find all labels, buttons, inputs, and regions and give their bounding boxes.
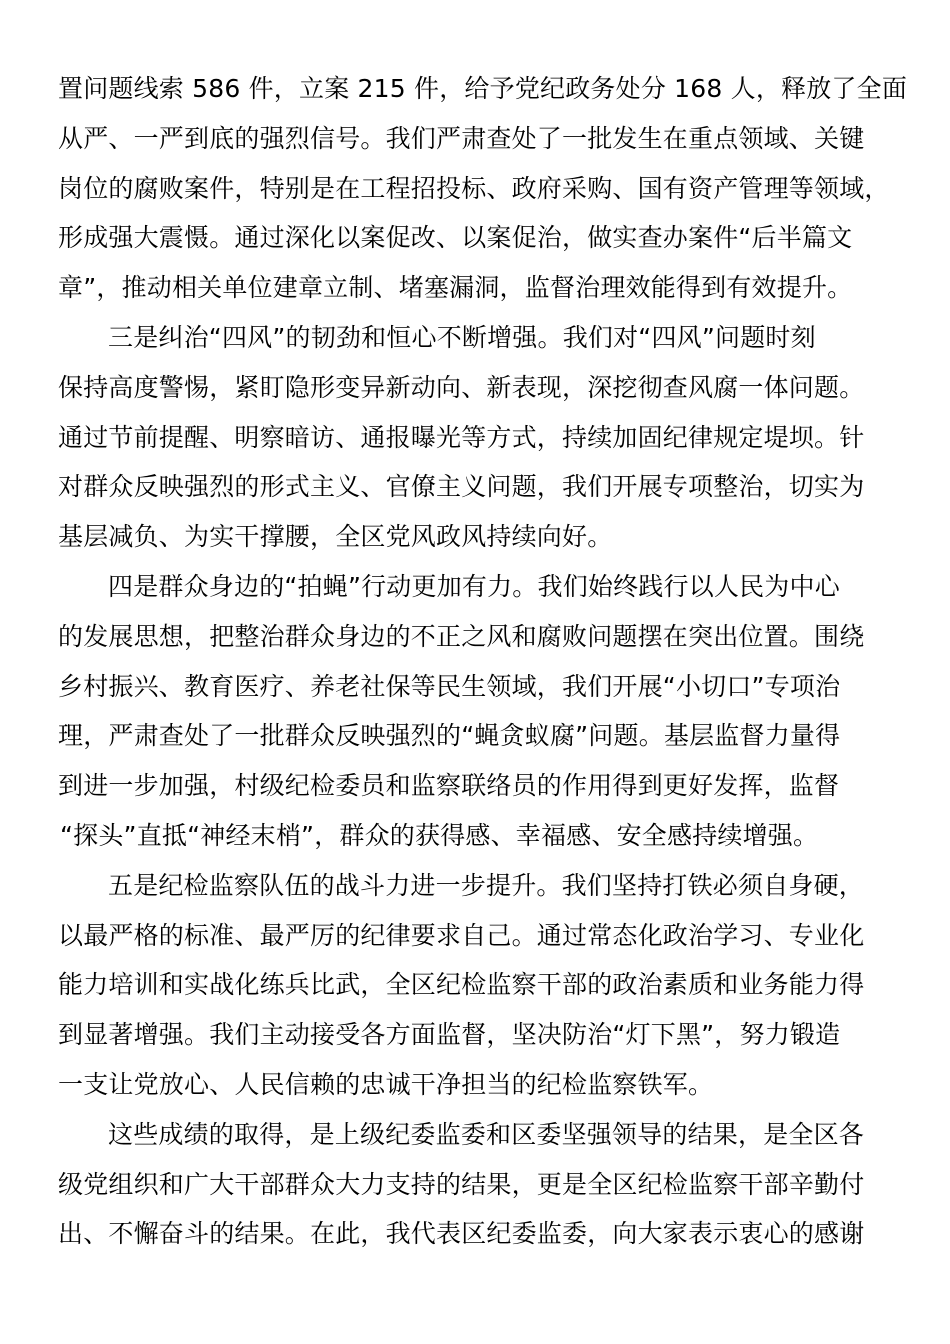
text-line: 岗位的腐败案件，特别是在工程招投标、政府采购、国有资产管理等领域， — [58, 166, 898, 216]
text-line: 保持高度警惕，紧盯隐形变异新动向、新表现，深挖彻查风腐一体问题。 — [58, 365, 898, 415]
text-line: 到显著增强。我们主动接受各方面监督，坚决防治“灯下黑”，努力锻造 — [58, 1012, 898, 1062]
text-line: “探头”直抵“神经末梢”，群众的获得感、幸福感、安全感持续增强。 — [58, 813, 898, 863]
text-line: 乡村振兴、教育医疗、养老社保等民生领域，我们开展“小切口”专项治 — [58, 664, 898, 714]
text-line: 一支让党放心、人民信赖的忠诚干净担当的纪检监察铁军。 — [58, 1062, 898, 1112]
text-line: 形成强大震慑。通过深化以案促改、以案促治，做实查办案件“后半篇文 — [58, 215, 898, 265]
text-line-first: 这些成绩的取得，是上级纪委监委和区委坚强领导的结果，是全区各 — [58, 1112, 898, 1162]
text-line: 到进一步加强，村级纪检委员和监察联络员的作用得到更好发挥，监督 — [58, 763, 898, 813]
text-line: 基层减负、为实干撑腰，全区党风政风持续向好。 — [58, 514, 898, 564]
text-line-first: 三是纠治“四风”的韧劲和恒心不断增强。我们对“四风”问题时刻 — [58, 315, 898, 365]
text-line: 对群众反映强烈的形式主义、官僚主义问题，我们开展专项整治，切实为 — [58, 464, 898, 514]
text-line-first: 四是群众身边的“拍蝇”行动更加有力。我们始终践行以人民为中心 — [58, 564, 898, 614]
text-line: 能力培训和实战化练兵比武，全区纪检监察干部的政治素质和业务能力得 — [58, 962, 898, 1012]
text-line: 置问题线索 586 件，立案 215 件，给予党纪政务处分 168 人，释放了全… — [58, 66, 898, 116]
text-line: 级党组织和广大干部群众大力支持的结果，更是全区纪检监察干部辛勤付 — [58, 1162, 898, 1212]
text-line: 从严、一严到底的强烈信号。我们严肃查处了一批发生在重点领域、关键 — [58, 116, 898, 166]
text-line: 出、不懈奋斗的结果。在此，我代表区纪委监委，向大家表示衷心的感谢 — [58, 1211, 898, 1261]
text-line: 通过节前提醒、明察暗访、通报曝光等方式，持续加固纪律规定堤坝。针 — [58, 415, 898, 465]
paragraph-four-winds: 三是纠治“四风”的韧劲和恒心不断增强。我们对“四风”问题时刻 保持高度警惕，紧盯… — [58, 315, 898, 564]
document-body: 置问题线索 586 件，立案 215 件，给予党纪政务处分 168 人，释放了全… — [58, 66, 898, 1261]
text-line-first: 五是纪检监察队伍的战斗力进一步提升。我们坚持打铁必须自身硬， — [58, 863, 898, 913]
paragraph-team-building: 五是纪检监察队伍的战斗力进一步提升。我们坚持打铁必须自身硬， 以最严格的标准、最… — [58, 863, 898, 1112]
text-line: 章”，推动相关单位建章立制、堵塞漏洞，监督治理效能得到有效提升。 — [58, 265, 898, 315]
paragraph-case-handling: 置问题线索 586 件，立案 215 件，给予党纪政务处分 168 人，释放了全… — [58, 66, 898, 315]
paragraph-thanks: 这些成绩的取得，是上级纪委监委和区委坚强领导的结果，是全区各 级党组织和广大干部… — [58, 1112, 898, 1261]
text-line: 的发展思想，把整治群众身边的不正之风和腐败问题摆在突出位置。围绕 — [58, 614, 898, 664]
text-line: 理，严肃查处了一批群众反映强烈的“蝇贪蚁腐”问题。基层监督力量得 — [58, 713, 898, 763]
paragraph-fly-swatting: 四是群众身边的“拍蝇”行动更加有力。我们始终践行以人民为中心 的发展思想，把整治… — [58, 564, 898, 863]
text-line: 以最严格的标准、最严厉的纪律要求自己。通过常态化政治学习、专业化 — [58, 913, 898, 963]
document-page: 置问题线索 586 件，立案 215 件，给予党纪政务处分 168 人，释放了全… — [0, 0, 950, 1344]
